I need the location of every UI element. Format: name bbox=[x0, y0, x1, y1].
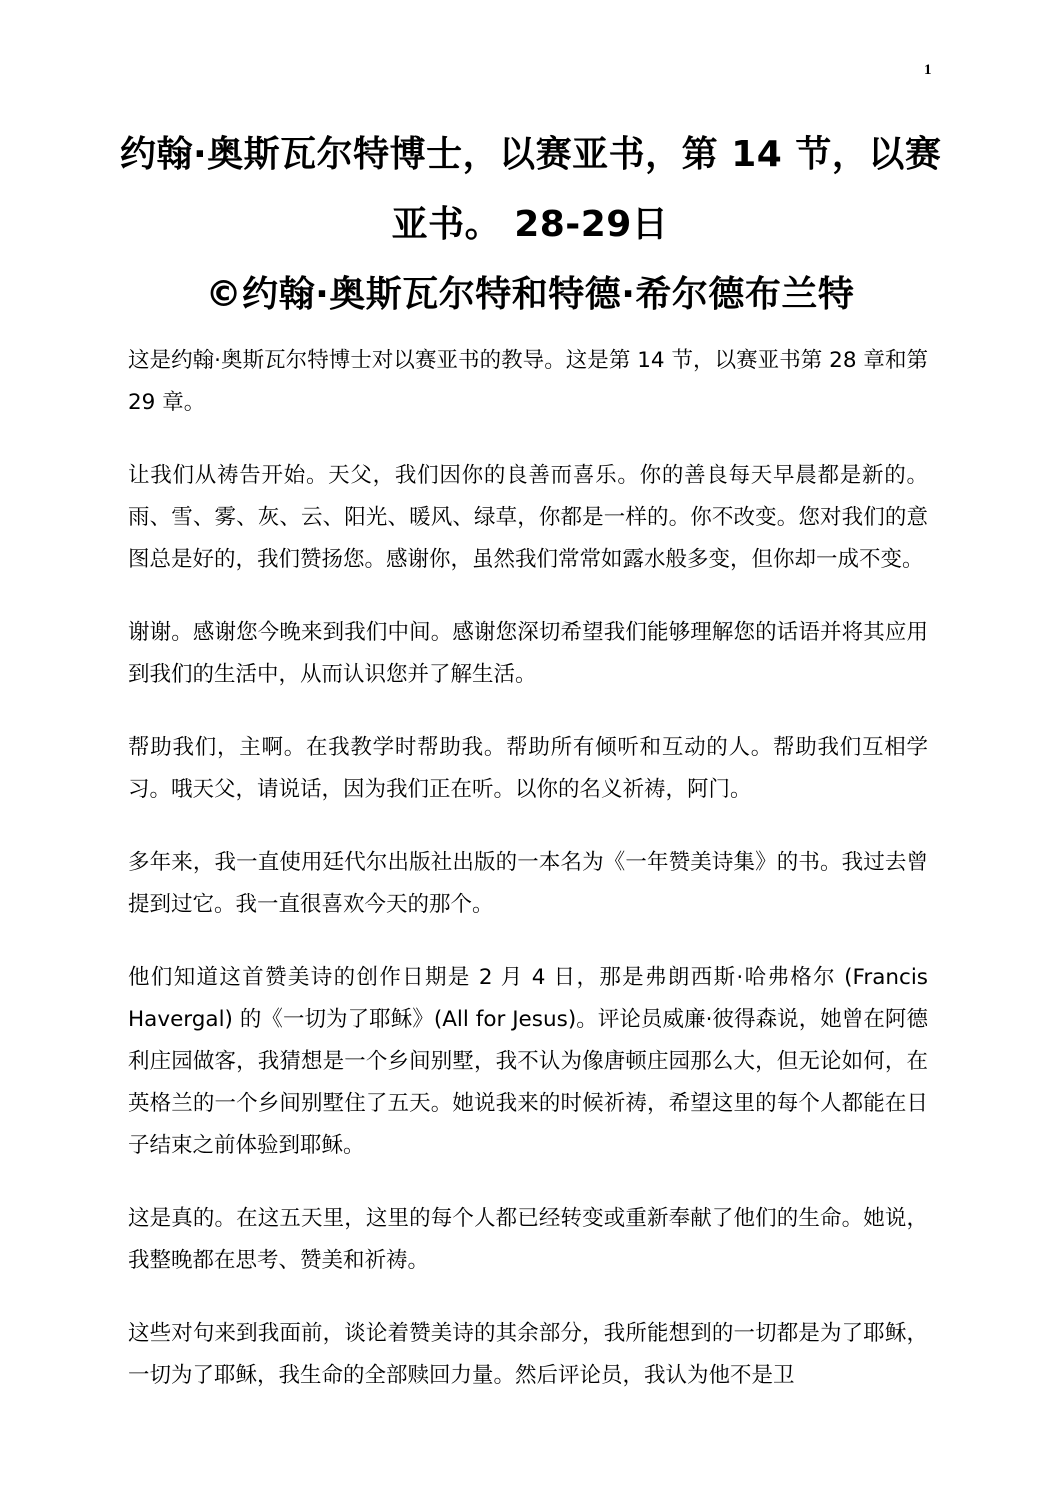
paragraph: 让我们从祷告开始。天父，我们因你的良善而喜乐。你的善良每天早晨都是新的。雨、雪、… bbox=[128, 455, 928, 581]
paragraph: 多年来，我一直使用廷代尔出版社出版的一本名为《一年赞美诗集》的书。我过去曾提到过… bbox=[128, 842, 928, 926]
page-number: 1 bbox=[924, 62, 932, 79]
document-body: 这是约翰·奥斯瓦尔特博士对以赛亚书的教导。这是第 14 节，以赛亚书第 28 章… bbox=[128, 340, 928, 1428]
paragraph: 谢谢。感谢您今晚来到我们中间。感谢您深切希望我们能够理解您的话语并将其应用到我们… bbox=[128, 612, 928, 696]
document-title: 约翰·奥斯瓦尔特博士，以赛亚书，第 14 节，以赛 亚书。 28-29日 ©约翰… bbox=[120, 120, 940, 330]
title-line-2: 亚书。 28-29日 bbox=[120, 190, 940, 260]
paragraph: 这是约翰·奥斯瓦尔特博士对以赛亚书的教导。这是第 14 节，以赛亚书第 28 章… bbox=[128, 340, 928, 424]
paragraph: 他们知道这首赞美诗的创作日期是 2 月 4 日，那是弗朗西斯·哈弗格尔 (Fra… bbox=[128, 957, 928, 1167]
paragraph: 这些对句来到我面前，谈论着赞美诗的其余部分，我所能想到的一切都是为了耶稣，一切为… bbox=[128, 1313, 928, 1397]
title-line-1: 约翰·奥斯瓦尔特博士，以赛亚书，第 14 节，以赛 bbox=[120, 120, 940, 190]
paragraph: 帮助我们，主啊。在我教学时帮助我。帮助所有倾听和互动的人。帮助我们互相学习。哦天… bbox=[128, 727, 928, 811]
paragraph: 这是真的。在这五天里，这里的每个人都已经转变或重新奉献了他们的生命。她说，我整晚… bbox=[128, 1198, 928, 1282]
title-line-3-copyright: ©约翰·奥斯瓦尔特和特德·希尔德布兰特 bbox=[120, 260, 940, 330]
